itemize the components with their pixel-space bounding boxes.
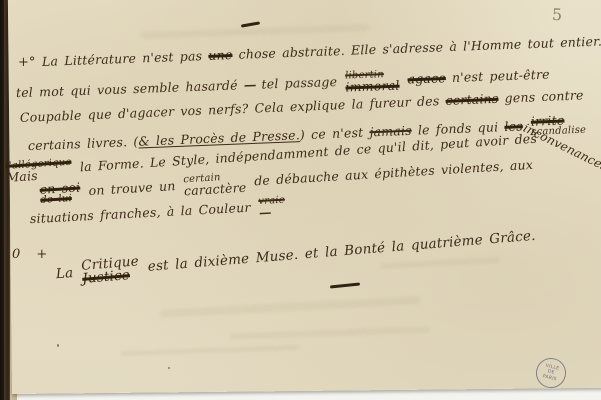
manuscript-content: 5 +° La Littérature n'est pas une chose … [0, 0, 601, 400]
bleedthrough-ghost [160, 296, 420, 318]
margin-mark-top: +° [18, 55, 35, 70]
bleedthrough-ghost [140, 24, 370, 39]
ink-speck [57, 344, 59, 347]
manuscript-photo: 5 +° La Littérature n'est pas une chose … [0, 0, 601, 400]
ink-dash-under-muse [330, 282, 360, 288]
stamp-line-3: PARIS [542, 374, 557, 382]
ink-speck [168, 367, 170, 369]
page-number: 5 [552, 5, 563, 24]
ink-dash-top [241, 21, 260, 27]
manuscript-line-8: La CritiqueJustice est la dixième Muse. … [55, 223, 537, 287]
bleedthrough-ghost [120, 345, 300, 356]
manuscript-line-1: La Littérature n'est pas une chose abstr… [42, 33, 601, 69]
library-stamp: VILLE DE PARIS [533, 355, 569, 391]
margin-mark-bottom: 0 + [12, 247, 53, 262]
bleedthrough-ghost [230, 327, 430, 340]
